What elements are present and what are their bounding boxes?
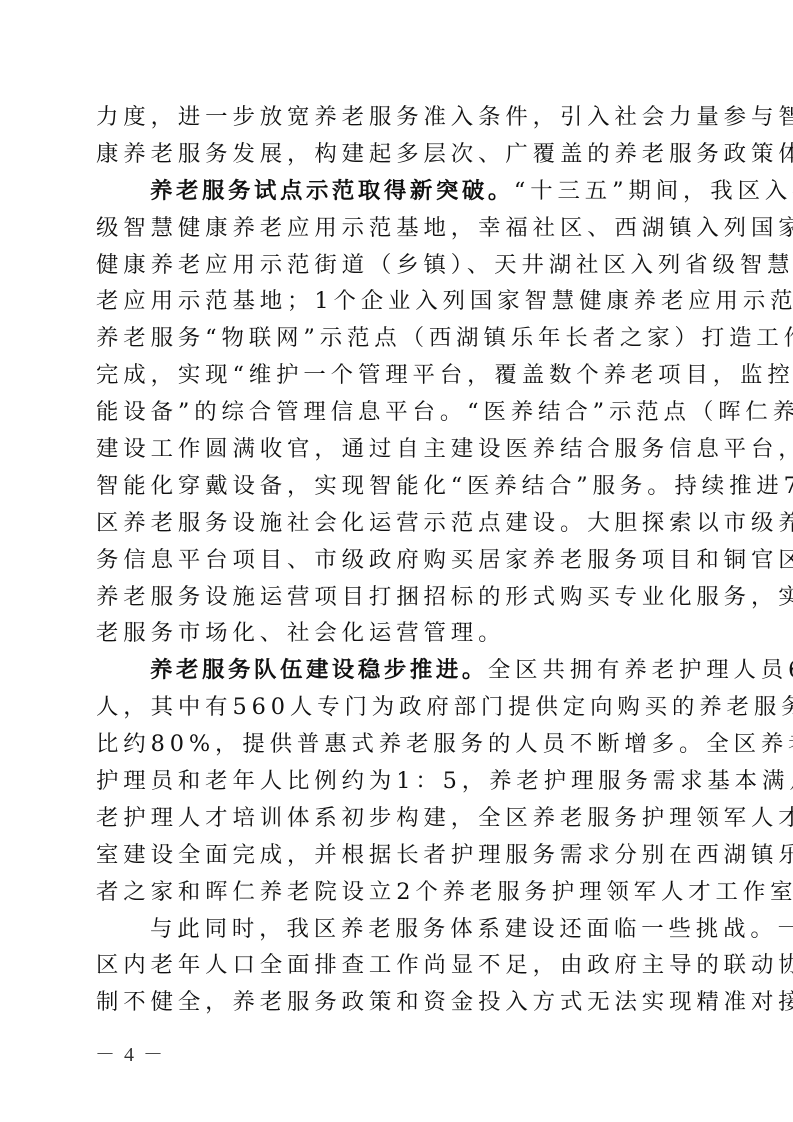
text-line: 老服务市场化、社会化运营管理。 (96, 615, 698, 652)
text-line: 老护理人才培训体系初步构建，全区养老服务护理领军人才工作 (96, 800, 698, 837)
section-heading: 养老服务试点示范取得新突破。 (150, 178, 514, 204)
text-line: 制不健全，养老服务政策和资金投入方式无法实现精准对接，保 (96, 984, 698, 1021)
document-body: 力度，进一步放宽养老服务准入条件，引入社会力量参与智慧健 康养老服务发展，构建起… (96, 99, 698, 1021)
text-line: 健康养老应用示范街道（乡镇）、天井湖社区入列省级智慧健康养 (96, 247, 698, 284)
text-line: 养老服务队伍建设稳步推进。全区共拥有养老护理人员698 (96, 652, 698, 689)
text-line: 人，其中有560人专门为政府部门提供定向购买的养老服务，占 (96, 689, 698, 726)
text-line: 力度，进一步放宽养老服务准入条件，引入社会力量参与智慧健 (96, 99, 698, 136)
text-line: 养老服务“物联网”示范点（西湖镇乐年长者之家）打造工作全面 (96, 320, 698, 357)
text-line: 级智慧健康养老应用示范基地，幸福社区、西湖镇入列国家智慧 (96, 210, 698, 247)
text-line: 区养老服务设施社会化运营示范点建设。大胆探索以市级养老服 (96, 505, 698, 542)
text-line: 老应用示范基地；1个企业入列国家智慧健康养老应用示范单位。 (96, 283, 698, 320)
text-line: 养老服务试点示范取得新突破。“十三五”期间，我区入列省 (96, 173, 698, 210)
text-line: 能设备”的综合管理信息平台。“医养结合”示范点（晖仁养老院） (96, 394, 698, 431)
text-line: 康养老服务发展，构建起多层次、广覆盖的养老服务政策体系。 (96, 136, 698, 173)
page-number: － 4 － (95, 1038, 165, 1067)
paragraph-workforce: 养老服务队伍建设稳步推进。全区共拥有养老护理人员698 人，其中有560人专门为… (96, 652, 698, 910)
text-line: 完成，实现“维护一个管理平台，覆盖数个养老项目，监控所有智 (96, 357, 698, 394)
text-line: 护理员和老年人比例约为1：5，养老护理服务需求基本满足。养 (96, 763, 698, 800)
paragraph-pilot-demonstration: 养老服务试点示范取得新突破。“十三五”期间，我区入列省 级智慧健康养老应用示范基… (96, 173, 698, 653)
text-run: “十三五”期间，我区入列省 (514, 178, 793, 204)
text-line: 建设工作圆满收官，通过自主建设医养结合服务信息平台，对接 (96, 431, 698, 468)
text-line: 比约80%，提供普惠式养老服务的人员不断增多。全区养老机构 (96, 726, 698, 763)
text-line: 智能化穿戴设备，实现智能化“医养结合”服务。持续推进7个社 (96, 468, 698, 505)
text-line: 务信息平台项目、市级政府购买居家养老服务项目和铜官区社区 (96, 542, 698, 579)
section-heading: 养老服务队伍建设稳步推进。 (150, 657, 488, 683)
text-line: 者之家和晖仁养老院设立2个养老服务护理领军人才工作室。 (96, 874, 698, 911)
text-line: 养老服务设施运营项目打捆招标的形式购买专业化服务，实现养 (96, 579, 698, 616)
text-line: 与此同时，我区养老服务体系建设还面临一些挑战。一是对 (96, 911, 698, 948)
text-line: 区内老年人口全面排查工作尚显不足，由政府主导的联动协商机 (96, 947, 698, 984)
text-run: 全区共拥有养老护理人员698 (488, 657, 793, 683)
paragraph-challenges: 与此同时，我区养老服务体系建设还面临一些挑战。一是对 区内老年人口全面排查工作尚… (96, 911, 698, 1022)
text-line: 室建设全面完成，并根据长者护理服务需求分别在西湖镇乐年长 (96, 837, 698, 874)
paragraph-continuation: 力度，进一步放宽养老服务准入条件，引入社会力量参与智慧健 康养老服务发展，构建起… (96, 99, 698, 173)
